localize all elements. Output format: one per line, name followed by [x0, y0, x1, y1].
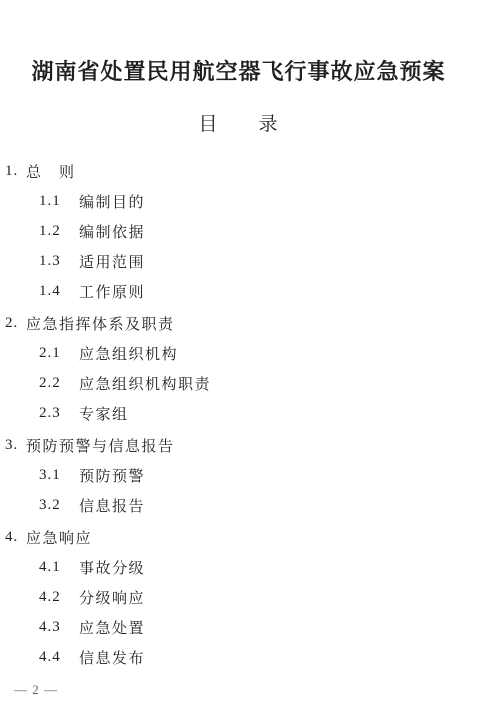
toc-item-number: 2. — [5, 315, 26, 332]
toc-item-number: 3. — [5, 437, 26, 454]
toc-item-number: 4.3 — [39, 619, 79, 636]
table-of-contents: 1. 总 则 1.1 编制目的 1.2 编制依据 1.3 适用范围 1.4 工作… — [0, 156, 477, 672]
toc-item-label: 编制依据 — [79, 221, 145, 242]
toc-item-number: 1.2 — [39, 223, 79, 240]
toc-item-label: 总 则 — [26, 161, 76, 182]
toc-item-number: 2.2 — [39, 375, 79, 392]
document-page: 湖南省处置民用航空器飞行事故应急预案 目 录 1. 总 则 1.1 编制目的 1… — [0, 0, 477, 705]
toc-item: 2.1 应急组织机构 — [5, 338, 477, 368]
toc-item: 3.2 信息报告 — [5, 490, 477, 520]
toc-item-label: 应急组织机构职责 — [79, 373, 211, 394]
toc-item-label: 应急处置 — [79, 617, 145, 638]
toc-item-label: 应急响应 — [26, 527, 92, 548]
toc-item-number: 3.1 — [39, 467, 79, 484]
page-number: — 2 — — [14, 682, 58, 698]
toc-item: 1. 总 则 — [5, 156, 477, 186]
toc-item: 4.1 事故分级 — [5, 552, 477, 582]
toc-item-number: 4.1 — [39, 559, 79, 576]
document-title: 湖南省处置民用航空器飞行事故应急预案 — [0, 0, 477, 88]
toc-item: 1.4 工作原则 — [5, 276, 477, 306]
toc-item-label: 预防预警与信息报告 — [26, 435, 175, 456]
toc-item: 1.1 编制目的 — [5, 186, 477, 216]
toc-item: 1.3 适用范围 — [5, 246, 477, 276]
toc-item-label: 分级响应 — [79, 587, 145, 608]
toc-item-label: 信息报告 — [79, 495, 145, 516]
toc-item-label: 信息发布 — [79, 647, 145, 668]
toc-item-number: 1.4 — [39, 283, 79, 300]
toc-item-number: 4.4 — [39, 649, 79, 666]
toc-item-label: 应急组织机构 — [79, 343, 178, 364]
toc-item: 3. 预防预警与信息报告 — [5, 430, 477, 460]
toc-item-number: 2.3 — [39, 405, 79, 422]
toc-item-label: 编制目的 — [79, 191, 145, 212]
toc-item: 4.2 分级响应 — [5, 582, 477, 612]
toc-item-number: 4. — [5, 529, 26, 546]
toc-item-label: 专家组 — [79, 403, 129, 424]
toc-heading: 目 录 — [0, 112, 477, 138]
toc-item-label: 应急指挥体系及职责 — [26, 313, 175, 334]
toc-item-number: 1.1 — [39, 193, 79, 210]
toc-item: 2. 应急指挥体系及职责 — [5, 308, 477, 338]
toc-item-label: 适用范围 — [79, 251, 145, 272]
toc-item: 2.3 专家组 — [5, 398, 477, 428]
toc-item: 4.3 应急处置 — [5, 612, 477, 642]
toc-item-label: 事故分级 — [79, 557, 145, 578]
toc-item-number: 2.1 — [39, 345, 79, 362]
toc-item-number: 1. — [5, 163, 26, 180]
toc-item: 4.4 信息发布 — [5, 642, 477, 672]
toc-item: 4. 应急响应 — [5, 522, 477, 552]
toc-item-number: 3.2 — [39, 497, 79, 514]
toc-item-number: 1.3 — [39, 253, 79, 270]
toc-item: 1.2 编制依据 — [5, 216, 477, 246]
toc-item: 2.2 应急组织机构职责 — [5, 368, 477, 398]
toc-item-label: 工作原则 — [79, 281, 145, 302]
toc-item-label: 预防预警 — [79, 465, 145, 486]
toc-item-number: 4.2 — [39, 589, 79, 606]
toc-item: 3.1 预防预警 — [5, 460, 477, 490]
